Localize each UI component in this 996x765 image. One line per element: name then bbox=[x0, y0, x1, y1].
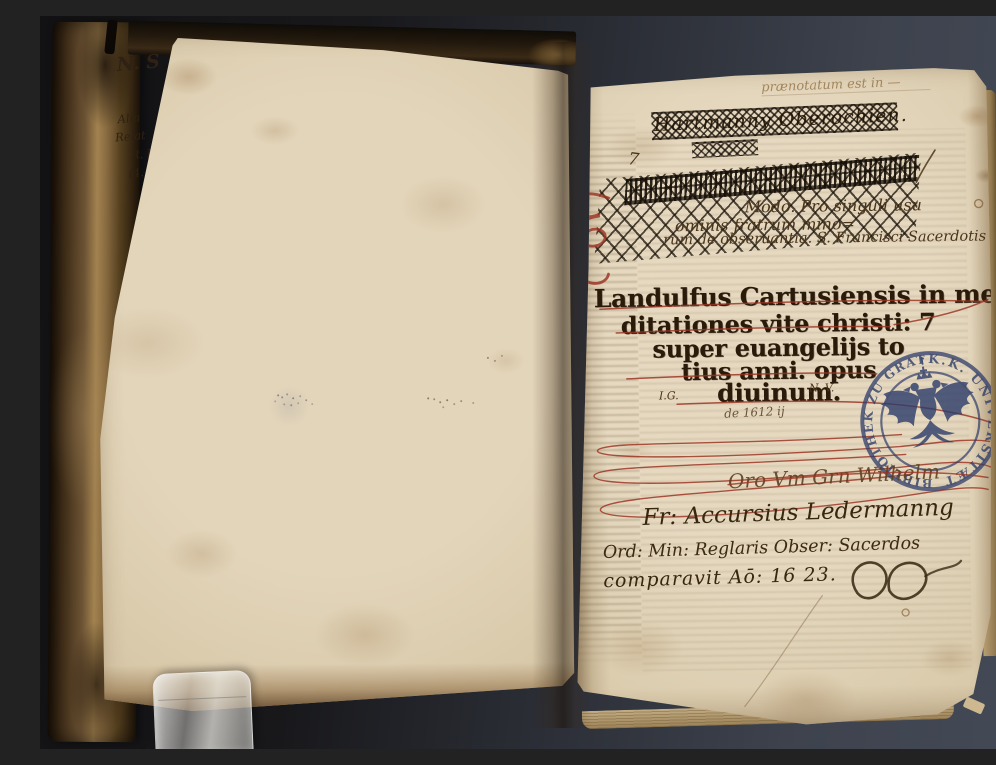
book-photo: N. S Alia Relat R. P. (4. prænotatum est… bbox=[40, 16, 996, 749]
annotation-modo: Modo. Pro singuli usu bbox=[745, 195, 922, 216]
left-flyleaf-page bbox=[93, 26, 576, 711]
ink-speck-cluster bbox=[427, 397, 429, 399]
marginal-initials-left: I.G. bbox=[659, 389, 679, 402]
marginal-initials-right: N. V. bbox=[809, 381, 835, 394]
faded-top-inscription: prænotatum est in — bbox=[761, 74, 931, 96]
corner-tear-tab bbox=[963, 696, 986, 714]
ink-speck-cluster bbox=[487, 357, 489, 359]
ink-speck-cluster bbox=[277, 394, 279, 396]
small-cross-hatch bbox=[692, 139, 759, 158]
plastic-clip bbox=[152, 670, 254, 749]
board-note-line: Relat bbox=[115, 128, 147, 145]
board-note-line: (4. bbox=[128, 165, 145, 180]
ink-ring-mark bbox=[975, 200, 983, 208]
gutter-shadow bbox=[532, 42, 592, 728]
title-page: prænotatum est in — Hartmanny Oberochien… bbox=[565, 63, 996, 728]
board-note-line: N. S bbox=[116, 50, 161, 76]
margin-mark: 7 bbox=[627, 149, 640, 170]
board-note-line: Alia bbox=[117, 110, 141, 126]
sub-title-note: de 1612 ij bbox=[724, 404, 785, 421]
stamp-offset-smudge bbox=[263, 380, 315, 432]
